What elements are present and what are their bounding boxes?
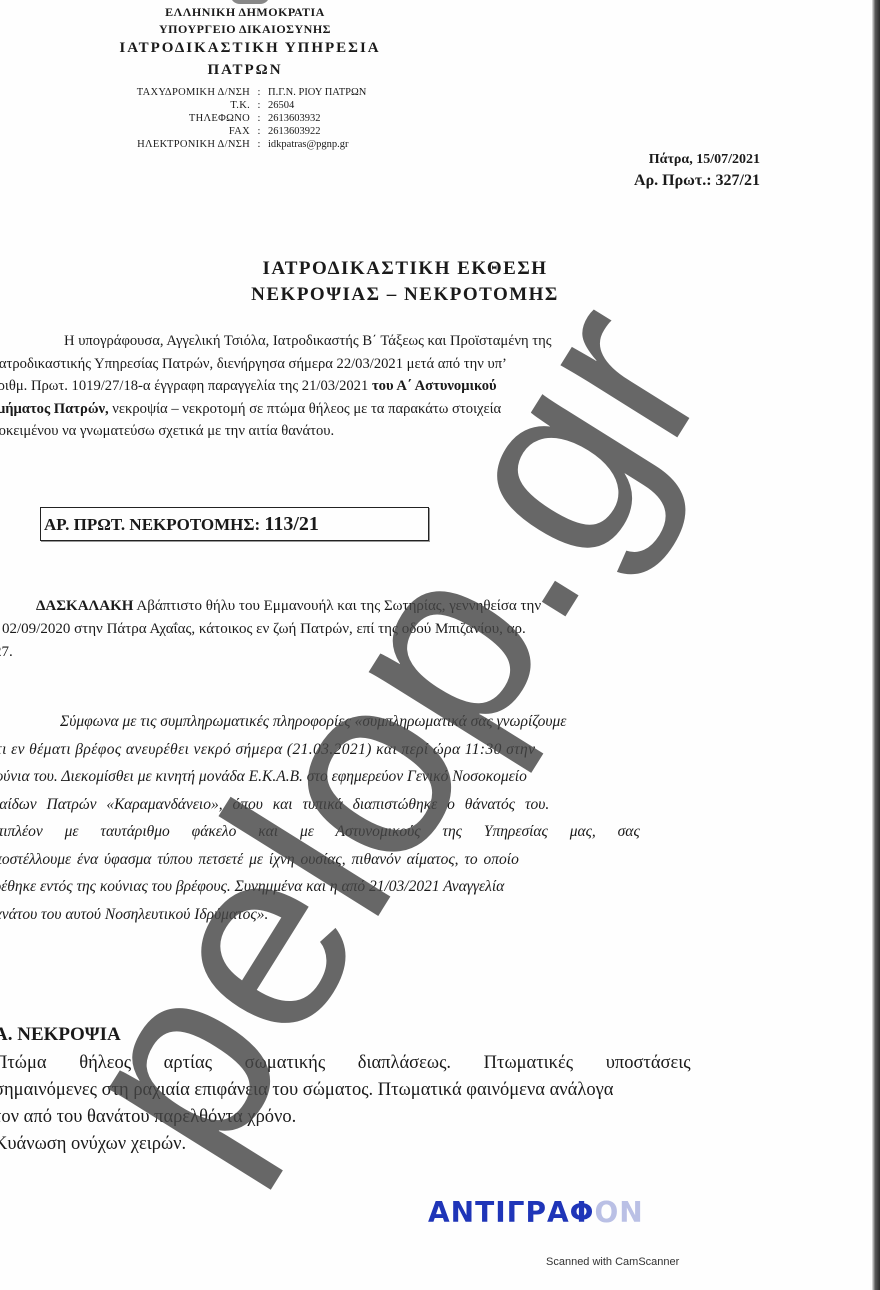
intro-line: Τμήματος Πατρών, νεκροψία – νεκροτομή σε… xyxy=(0,398,800,421)
autopsy-line: σημαινόμενες στη ραχιαία επιφάνεια του σ… xyxy=(0,1077,860,1104)
section-a-title: Α. ΝΕΚΡΟΨΙΑ xyxy=(0,1024,121,1046)
stamp-text-faded: ΟΝ xyxy=(594,1196,643,1229)
info-line: Παίδων Πατρών «Καραμανδάνειο», όπου και … xyxy=(0,791,810,819)
deceased-surname: ΔΑΣΚΑΛΑΚΗ xyxy=(36,598,133,614)
contact-value: idkpatras@pgnp.gr xyxy=(268,138,349,151)
contact-value: Π.Γ.Ν. ΡΙΟΥ ΠΑΤΡΩΝ xyxy=(268,86,366,99)
contact-separator: : xyxy=(250,99,268,112)
contact-label: ΤΗΛΕΦΩΝΟ xyxy=(78,112,250,125)
intro-bold-text: Τμήματος Πατρών, xyxy=(0,401,109,417)
intro-line: προκειμένου να γνωματεύσω σχετικά με την… xyxy=(0,420,800,443)
intro-bold-text: του Α΄ Αστυνομικού xyxy=(372,378,497,394)
header-city: ΠΑΤΡΩΝ xyxy=(0,62,490,79)
info-line: κούνια του. Διεκομίσθει με κινητή μονάδα… xyxy=(0,763,810,791)
intro-line: Η υπογράφουσα, Αγγελική Τσιόλα, Ιατροδικ… xyxy=(0,330,800,353)
scanner-note: Scanned with CamScanner xyxy=(546,1256,679,1268)
report-title-line1: ΙΑΤΡΟΔΙΚΑΣΤΙΚΗ ΕΚΘΕΣΗ xyxy=(0,258,810,280)
intro-line: αριθμ. Πρωτ. 1019/27/18-α έγγραφη παραγγ… xyxy=(0,375,800,398)
info-line: βρέθηκε εντός της κούνιας του βρέφους. Σ… xyxy=(0,873,810,901)
contact-value: 26504 xyxy=(268,99,294,112)
autopsy-number-label: ΑΡ. ΠΡΩΤ. ΝΕΚΡΟΤΟΜΗΣ: xyxy=(44,515,264,534)
contact-row-fax: FAX : 2613603922 xyxy=(78,125,366,138)
autopsy-line: Κυάνωση ονύχων χειρών. xyxy=(0,1131,860,1158)
contact-row-address: ΤΑΧΥΔΡΟΜΙΚΗ Δ/ΝΣΗ : Π.Γ.Ν. ΡΙΟΥ ΠΑΤΡΩΝ xyxy=(78,86,366,99)
contact-separator: : xyxy=(250,125,268,138)
contact-label: ΤΑΧΥΔΡΟΜΙΚΗ Δ/ΝΣΗ xyxy=(78,86,250,99)
coat-of-arms-icon xyxy=(230,0,270,4)
contact-separator: : xyxy=(250,112,268,125)
contact-row-phone: ΤΗΛΕΦΩΝΟ : 2613603932 xyxy=(78,112,366,125)
info-line: θανάτου του αυτού Νοσηλευτικού Ιδρύματος… xyxy=(0,901,810,929)
place-date: Πάτρα, 15/07/2021 xyxy=(560,150,760,170)
intro-paragraph: Η υπογράφουσα, Αγγελική Τσιόλα, Ιατροδικ… xyxy=(0,330,800,443)
section-a-body: Πτώμα θήλεος αρτίας σωματικής διαπλάσεως… xyxy=(0,1050,860,1158)
contact-separator: : xyxy=(250,138,268,151)
date-block: Πάτρα, 15/07/2021 Αρ. Πρωτ.: 327/21 xyxy=(560,150,760,192)
autopsy-line: τον από του θανάτου παρελθόντα χρόνο. xyxy=(0,1104,860,1131)
autopsy-number-box: ΑΡ. ΠΡΩΤ. ΝΕΚΡΟΤΟΜΗΣ: 113/21 xyxy=(40,507,429,541)
contact-value: 2613603932 xyxy=(268,112,321,125)
header-service: ΙΑΤΡΟΔΙΚΑΣΤΙΚΗ ΥΠΗΡΕΣΙΑ xyxy=(0,40,500,57)
document-page: ΕΛΛΗΝΙΚΗ ΔΗΜΟΚΡΑΤΙΑ ΥΠΟΥΡΓΕΙΟ ΔΙΚΑΙΟΣΥΝΗ… xyxy=(0,0,872,1290)
header-ministry: ΥΠΟΥΡΓΕΙΟ ΔΙΚΑΙΟΣΥΝΗΣ xyxy=(0,22,490,37)
contact-separator: : xyxy=(250,86,268,99)
intro-text: αριθμ. Πρωτ. 1019/27/18-α έγγραφη παραγγ… xyxy=(0,378,372,394)
contact-value: 2613603922 xyxy=(268,125,321,138)
contact-details: ΤΑΧΥΔΡΟΜΙΚΗ Δ/ΝΣΗ : Π.Γ.Ν. ΡΙΟΥ ΠΑΤΡΩΝ Τ… xyxy=(78,86,366,151)
info-line: Επιπλέον με ταυτάριθμο φάκελο και με Αστ… xyxy=(0,818,810,846)
autopsy-number-value: 113/21 xyxy=(264,513,318,535)
autopsy-line: Πτώμα θήλεος αρτίας σωματικής διαπλάσεως… xyxy=(0,1050,860,1077)
deceased-details: ΔΑΣΚΑΛΑΚΗ Αβάπτιστο θήλυ του Εμμανουήλ κ… xyxy=(0,595,810,664)
contact-label: FAX xyxy=(78,125,250,138)
copy-stamp: ΑΝΤΙΓΡΑΦΟΝ xyxy=(428,1196,644,1229)
person-line: 02/09/2020 στην Πάτρα Αχαΐας, κάτοικος ε… xyxy=(0,618,810,641)
contact-row-postcode: Τ.Κ. : 26504 xyxy=(78,99,366,112)
header-republic: ΕΛΛΗΝΙΚΗ ΔΗΜΟΚΡΑΤΙΑ xyxy=(0,5,490,20)
contact-label: ΗΛΕΚΤΡΟΝΙΚΗ Δ/ΝΣΗ xyxy=(78,138,250,151)
report-title-line2: ΝΕΚΡΟΨΙΑΣ – ΝΕΚΡΟΤΟΜΗΣ xyxy=(0,284,810,306)
person-line: ΔΑΣΚΑΛΑΚΗ Αβάπτιστο θήλυ του Εμμανουήλ κ… xyxy=(0,595,810,618)
info-line: αποστέλλουμε ένα ύφασμα τύπου πετσετέ με… xyxy=(0,846,810,874)
protocol-number: Αρ. Πρωτ.: 327/21 xyxy=(560,170,760,192)
supplementary-info: Σύμφωνα με τις συμπληρωματικές πληροφορί… xyxy=(0,708,810,928)
intro-line: Ιατροδικαστικής Υπηρεσίας Πατρών, διενήρ… xyxy=(0,353,800,376)
contact-label: Τ.Κ. xyxy=(78,99,250,112)
person-text: Αβάπτιστο θήλυ του Εμμανουήλ και της Σωτ… xyxy=(133,598,541,614)
intro-text: νεκροψία – νεκροτομή σε πτώμα θήλεος με … xyxy=(109,401,502,417)
contact-row-email: ΗΛΕΚΤΡΟΝΙΚΗ Δ/ΝΣΗ : idkpatras@pgnp.gr xyxy=(78,138,366,151)
info-line: ότι εν θέματι βρέφος ανευρέθει νεκρό σήμ… xyxy=(0,736,810,764)
page-edge-shadow xyxy=(872,0,880,1290)
info-line: Σύμφωνα με τις συμπληρωματικές πληροφορί… xyxy=(0,708,810,736)
stamp-text: ΑΝΤΙΓΡΑΦ xyxy=(428,1196,594,1229)
person-line: 27. xyxy=(0,641,810,664)
